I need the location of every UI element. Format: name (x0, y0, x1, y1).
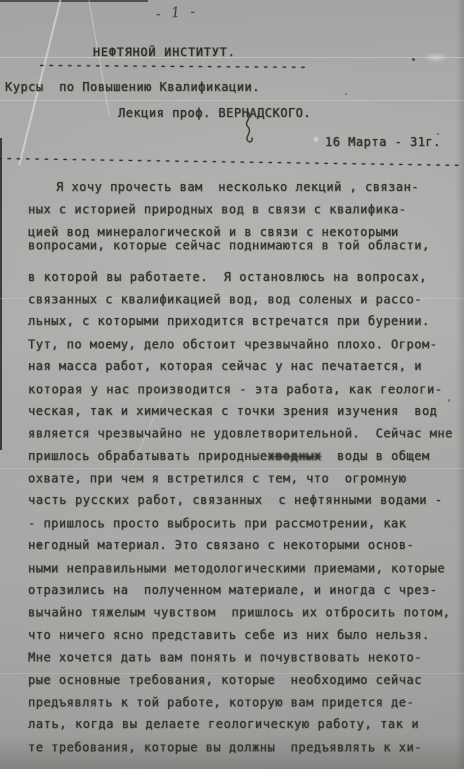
body-line: Я хочу прочесть вам несколько лекций , с… (28, 176, 458, 198)
separator-rule: ----------------------------------------… (0, 151, 464, 169)
body-line: пришлось обрабатывать природныехводных в… (28, 445, 458, 467)
body-line: часть русских работ, связанных с нефтянн… (28, 489, 458, 511)
ink-speck (412, 58, 415, 61)
body-line: Тут, по моему, дело обстоит чрезвычайно … (28, 333, 458, 355)
body-line: предъявлять к той работе, которую вам пр… (28, 691, 458, 713)
scan-edge-top (0, 0, 148, 2)
body-line: льных, с которыми приходится встречатся … (28, 310, 458, 332)
body-line: является чрезвычайно не удовлетворительн… (28, 423, 458, 445)
course-title: Курсы по Повышению Квалификации. (5, 80, 260, 94)
scan-light-patch (424, 52, 448, 63)
institute-underline-rule: ----------------------------------------… (38, 58, 306, 70)
scan-light-patch (312, 136, 320, 143)
body-line: в которой вы работаете. Я остановлюсь на… (28, 266, 458, 288)
handwritten-flourish (240, 110, 258, 146)
body-line: лать, когда вы делаете геологическую раб… (28, 713, 458, 735)
body-line: ных с историей природных вод в связи с к… (28, 199, 458, 221)
body-line: что ничего ясно представить себе из них … (28, 624, 458, 646)
body-line: негодный материал. Это связано с некотор… (28, 534, 458, 556)
body-line: вопросами, которые сейчас поднимаются в … (28, 235, 458, 257)
paper-crease (0, 100, 464, 101)
body-line: отразились на полученном материале, и ин… (28, 579, 458, 601)
lecture-date: 16 Марта - 31г. (325, 135, 441, 149)
body-line: связанных с квалификацией вод, вод солен… (28, 288, 458, 310)
body-line: - пришлось просто выбросить при рассмотр… (28, 512, 458, 534)
body-line: охвате, при чем я встретился с тем, что … (28, 467, 458, 489)
ink-speck (345, 93, 347, 95)
body-line: ческая, так и химическая с точки зрения … (28, 400, 458, 422)
scan-edge-left (0, 138, 2, 450)
body-line: которая у нас производится - эта работа,… (28, 378, 458, 400)
page-number: - 1 - (155, 4, 198, 23)
lecture-title: Лекция проф. ВЕРНАДСКОГО. (118, 106, 311, 120)
lecture-text: Я хочу прочесть вам несколько лекций , с… (28, 176, 458, 758)
scanned-document-page: - 1 - НЕФТЯНОЙ ИНСТИТУТ. ---------------… (0, 0, 464, 769)
body-text: пришлось обрабатывать природные (28, 449, 267, 463)
body-line: рые основные требования, которые необход… (28, 669, 458, 691)
handwritten-insertion: ь (37, 540, 42, 550)
body-line: ными неправильными методологическими при… (28, 557, 458, 579)
body-text: воды в общем (322, 449, 430, 463)
institute-title: НЕФТЯНОЙ ИНСТИТУТ. (93, 45, 236, 59)
body-line: ная масса работ, которая сейчас у нас пе… (28, 355, 458, 377)
body-line: Мне хочется дать вам понять и почувствов… (28, 647, 458, 669)
body-line: вычайно тяжелым чувством пришлось их отб… (28, 602, 458, 624)
body-line: те требования, которые вы должны предъяв… (28, 736, 458, 758)
struck-out-word: хводных (267, 449, 321, 463)
